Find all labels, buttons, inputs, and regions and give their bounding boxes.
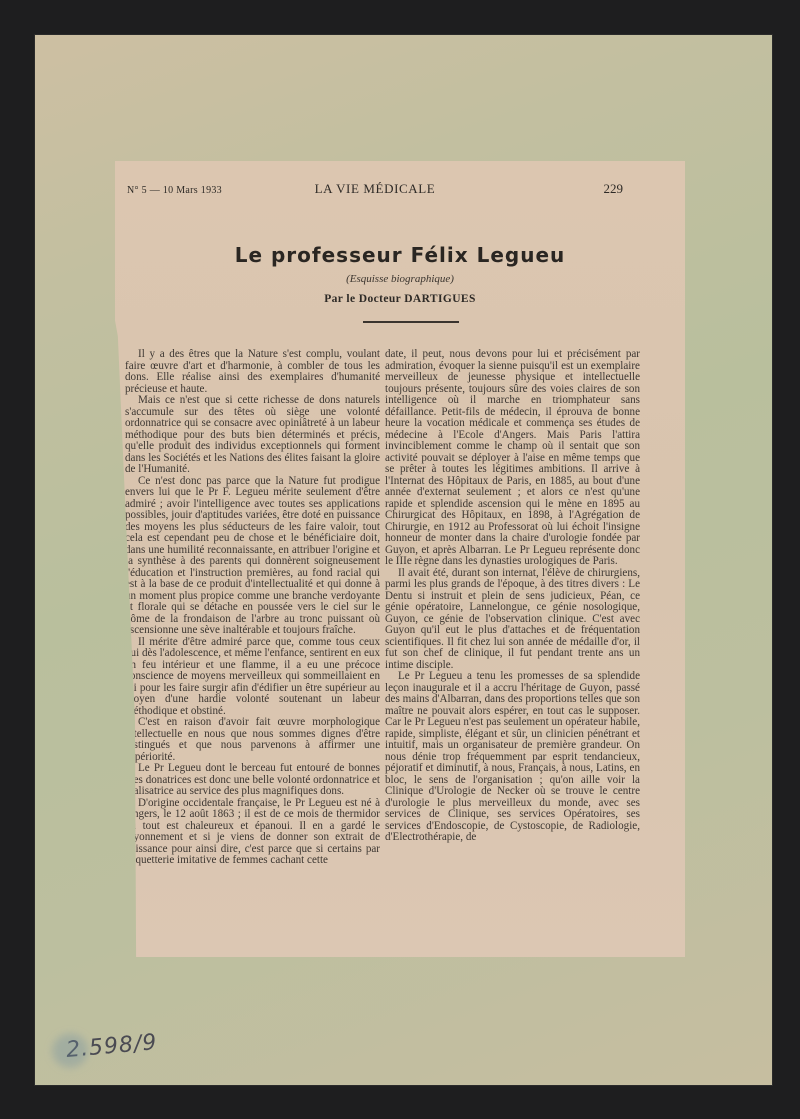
newspaper-clipping: N° 5 — 10 Mars 1933 LA VIE MÉDICALE 229 … [115, 161, 685, 957]
paragraph: Mais ce n'est que si cette richesse de d… [125, 395, 380, 476]
paragraph: D'origine occidentale française, le Pr L… [125, 798, 380, 867]
paragraph: Le Pr Legueu a tenu les promesses de sa … [385, 671, 640, 844]
paragraph: Il avait été, durant son internat, l'élè… [385, 568, 640, 672]
text-column-right: date, il peut, nous devons pour lui et p… [385, 349, 640, 844]
paragraph: Il mérite d'être admiré parce que, comme… [125, 637, 380, 718]
page-number: 229 [604, 181, 624, 197]
paragraph: Il y a des êtres que la Nature s'est com… [125, 349, 380, 395]
paragraph: date, il peut, nous devons pour lui et p… [385, 349, 640, 568]
page-header: N° 5 — 10 Mars 1933 LA VIE MÉDICALE 229 [127, 181, 623, 201]
paragraph: Le Pr Legueu dont le berceau fut entouré… [125, 763, 380, 798]
article-subtitle: (Esquisse biographique) [115, 273, 685, 285]
article-byline: Par le Docteur DARTIGUES [115, 293, 685, 305]
text-column-left: Il y a des êtres que la Nature s'est com… [125, 349, 380, 867]
paragraph: C'est en raison d'avoir fait œuvre morph… [125, 717, 380, 763]
article-title: Le professeur Félix Legueu [115, 243, 685, 267]
paragraph: Ce n'est donc pas parce que la Nature fu… [125, 476, 380, 637]
journal-name: LA VIE MÉDICALE [127, 181, 623, 197]
title-divider [363, 321, 459, 323]
